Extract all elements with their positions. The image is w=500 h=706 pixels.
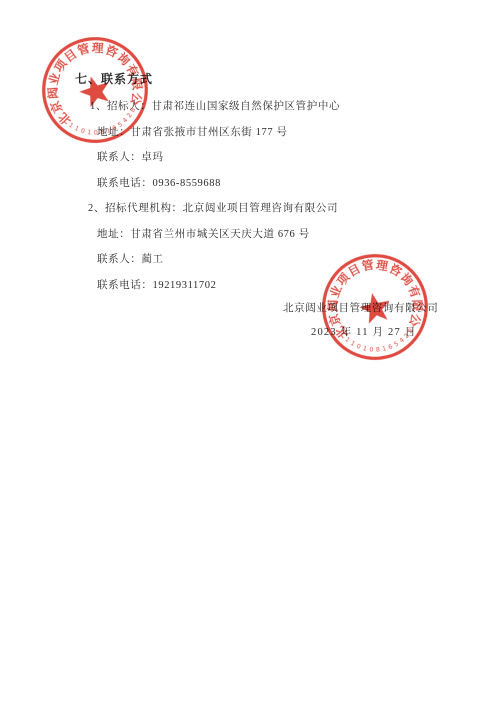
star-icon [76, 72, 114, 109]
line-agency-phone: 联系电话：19219311702 [97, 277, 216, 292]
document-page: 七、联系方式 1、招标人：甘肃祁连山国家级自然保护区管护中心 地址：甘肃省张掖市… [0, 0, 500, 706]
star-icon [357, 290, 393, 325]
line-agency: 2、招标代理机构：北京闼业项目管理咨询有限公司 [88, 200, 338, 215]
company-seal-top-left: 北京闼业项目管理咨询有限公司 1101081654284 [23, 18, 167, 162]
line-tenderer-phone: 联系电话：0936-8559688 [97, 175, 221, 190]
company-seal-bottom-right: 北京闼业项目管理咨询有限公司 1101081654284 [307, 239, 442, 374]
seal-company-text: 北京闼业项目管理咨询有限公司 [23, 18, 151, 138]
svg-text:北京闼业项目管理咨询有限公司: 北京闼业项目管理咨询有限公司 [23, 18, 151, 138]
line-agency-address: 地址：甘肃省兰州市城关区天庆大道 676 号 [97, 226, 310, 241]
line-tenderer-contact: 联系人：卓玛 [97, 149, 164, 164]
line-agency-contact: 联系人：蔺工 [97, 251, 164, 266]
